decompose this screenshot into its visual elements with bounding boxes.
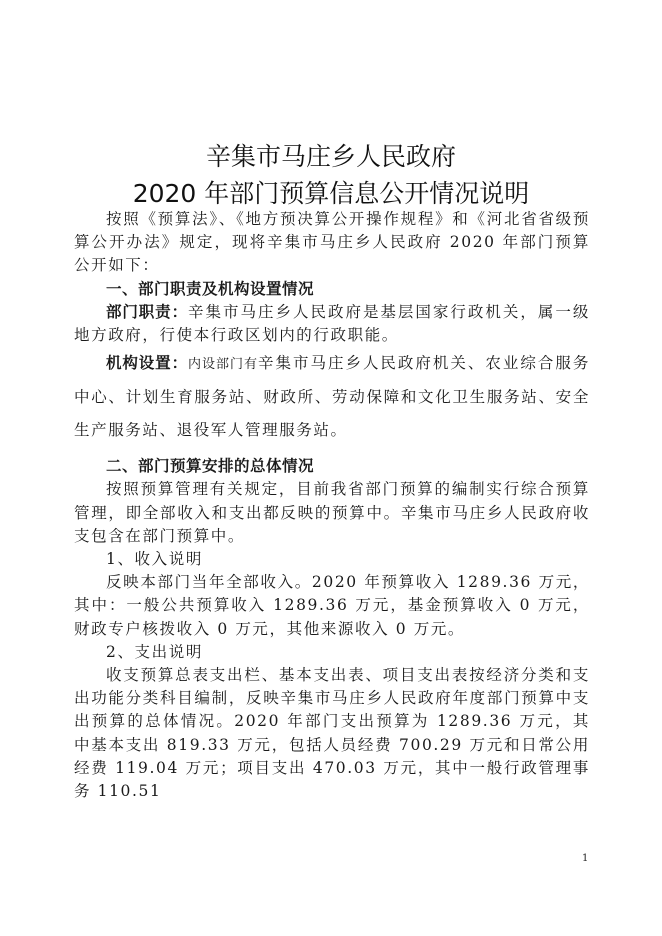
duty-paragraph: 部门职责：辛集市马庄乡人民政府是基层国家行政机关，属一级地方政府，行使本行政区划…: [74, 301, 590, 347]
org-label: 机构设置：: [106, 354, 188, 372]
income-paragraph: 反映本部门当年全部收入。2020 年预算收入 1289.36 万元，其中：一般公…: [74, 571, 590, 641]
overview-paragraph: 按照预算管理有关规定，目前我省部门预算的编制实行综合预算管理，即全部收入和支出都…: [74, 478, 590, 548]
expense-heading: 2、支出说明: [74, 641, 590, 664]
document-body: 按照《预算法》、《地方预决算公开操作规程》和《河北省省级预算公开办法》规定，现将…: [74, 208, 590, 803]
intro-paragraph: 按照《预算法》、《地方预决算公开操作规程》和《河北省省级预算公开办法》规定，现将…: [74, 208, 590, 278]
section2-heading: 二、部门预算安排的总体情况: [74, 455, 590, 478]
org-text-prefix: 内设部门有: [188, 357, 258, 372]
document-title-line2: 2020 年部门预算信息公开情况说明: [0, 174, 662, 210]
document-page: 辛集市马庄乡人民政府 2020 年部门预算信息公开情况说明 按照《预算法》、《地…: [0, 0, 662, 936]
duty-label: 部门职责：: [106, 303, 188, 321]
page-number: 1: [582, 853, 588, 864]
income-heading: 1、收入说明: [74, 548, 590, 571]
section1-heading: 一、部门职责及机构设置情况: [74, 278, 590, 301]
document-title-line1: 辛集市马庄乡人民政府: [0, 137, 662, 173]
org-paragraph: 机构设置：内设部门有辛集市马庄乡人民政府机关、农业综合服务中心、计划生育服务站、…: [74, 347, 590, 447]
expense-paragraph: 收支预算总表支出栏、基本支出表、项目支出表按经济分类和支出功能分类科目编制，反映…: [74, 664, 590, 803]
